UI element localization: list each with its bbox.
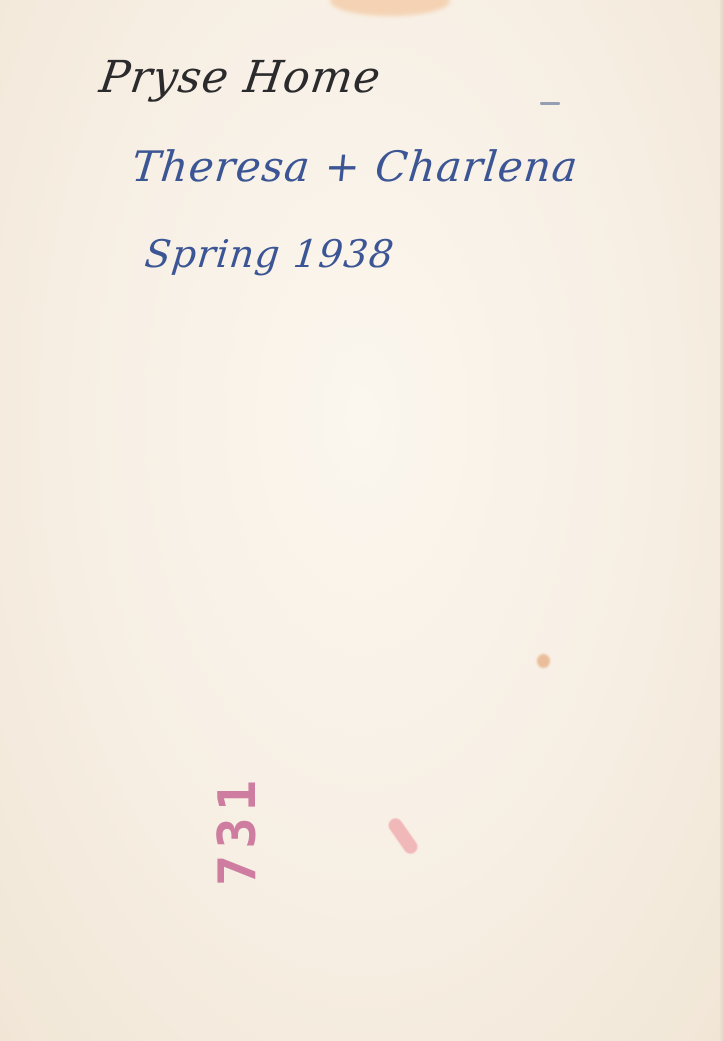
stamped-number: 731 [208,774,268,886]
photo-back-card: Pryse Home Theresa + Charlena Spring 193… [0,0,724,1041]
top-stain [330,0,450,16]
handwritten-location: Pryse Home [96,52,384,103]
handwritten-names: Theresa + Charlena [129,142,580,191]
pink-mark [386,816,420,857]
handwritten-date: Spring 1938 [143,232,397,276]
card-edge [720,0,724,1041]
age-spot [537,654,550,668]
pencil-dash [540,102,560,105]
